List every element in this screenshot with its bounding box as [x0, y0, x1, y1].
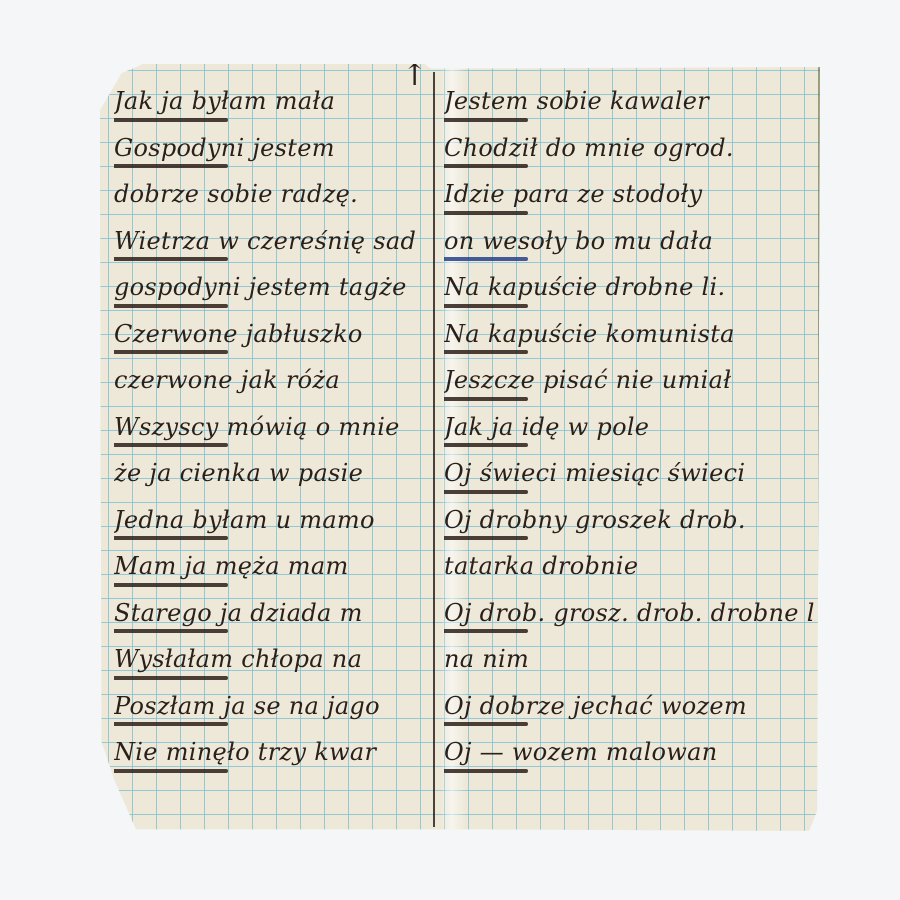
lyric-text: Na kapuście komunista	[444, 320, 735, 348]
underline-stroke	[114, 304, 228, 308]
lyric-line: Oj drob. grosz. drob. drobne liść	[444, 590, 816, 637]
underline-stroke	[444, 350, 528, 354]
lyric-line: Oj — wozem malowan	[444, 729, 816, 776]
lyric-line: czerwone jak róża	[114, 357, 434, 404]
underline-stroke	[114, 118, 228, 122]
lyric-line: Wszyscy mówią o mnie	[114, 404, 434, 451]
lyric-text: Na kapuście drobne li.	[444, 273, 725, 301]
lyric-line: Jedna byłam u mamo	[114, 497, 434, 544]
lyric-text: Starego ja dziada m	[114, 599, 363, 627]
lyric-line: Na kapuście komunista	[444, 311, 816, 358]
underline-stroke	[444, 443, 528, 447]
lyric-text: tatarka drobnie	[444, 552, 638, 580]
lyric-line: Starego ja dziada m	[114, 590, 434, 637]
lyric-text: gospodyni jestem tagże	[114, 273, 407, 301]
lyric-text: na nim	[444, 645, 529, 673]
lyric-text: Jak ja idę w pole	[444, 413, 649, 441]
underline-stroke	[114, 350, 228, 354]
underline-stroke	[114, 443, 228, 447]
lyric-line: Na kapuście drobne li.	[444, 264, 816, 311]
lyric-text: Gospodyni jestem	[114, 134, 335, 162]
underline-stroke	[114, 769, 228, 773]
underline-stroke	[114, 676, 228, 680]
lyric-text: Poszłam ja se na jago	[114, 692, 380, 720]
lyric-line: na nim	[444, 636, 816, 683]
underline-stroke	[444, 164, 528, 168]
underline-stroke	[444, 722, 528, 726]
underline-stroke	[444, 629, 528, 633]
lyric-text: czerwone jak róża	[114, 366, 340, 394]
lyric-text: Jak ja byłam mała	[114, 87, 335, 115]
right-column-lyrics: Jestem sobie kawalerChodził do mnie ogro…	[444, 78, 816, 776]
lyric-text: Chodził do mnie ogrod.	[444, 134, 734, 162]
lyric-line: Jeszcze pisać nie umiał	[444, 357, 816, 404]
underline-stroke	[114, 629, 228, 633]
lyric-line: Oj dobrze jechać wozem	[444, 683, 816, 730]
underline-stroke	[444, 536, 528, 540]
underline-stroke	[444, 257, 528, 261]
lyric-line: tatarka drobnie	[444, 543, 816, 590]
lyric-line: Chodził do mnie ogrod.	[444, 125, 816, 172]
lyric-text: Idzie para ze stodoły	[444, 180, 702, 208]
lyric-text: Mam ja męża mam	[114, 552, 349, 580]
lyric-text: Wietrza w czereśnię sad	[114, 227, 416, 255]
underline-stroke	[444, 397, 528, 401]
lyric-line: Czerwone jabłuszko	[114, 311, 434, 358]
underline-stroke	[444, 304, 528, 308]
underline-stroke	[444, 769, 528, 773]
lyric-text: Jestem sobie kawaler	[444, 87, 709, 115]
lyric-text: Jedna byłam u mamo	[114, 506, 375, 534]
lyric-text: Wszyscy mówią o mnie	[114, 413, 400, 441]
underline-stroke	[114, 164, 228, 168]
lyric-text: Oj — wozem malowan	[444, 738, 718, 766]
lyric-text: Oj dobrze jechać wozem	[444, 692, 747, 720]
paper-right-edge	[818, 64, 820, 811]
lyric-line: Oj świeci miesiąc świeci	[444, 450, 816, 497]
lyric-line: Nie minęło trzy kwar	[114, 729, 434, 776]
lyric-text: Oj drob. grosz. drob. drobne liść	[444, 599, 816, 627]
lyrics-sheet: ↑ Jak ja byłam małaGospodyni jestemdobrz…	[100, 64, 820, 834]
lyric-text: Nie minęło trzy kwar	[114, 738, 376, 766]
underline-stroke	[114, 257, 228, 261]
underline-stroke	[114, 583, 228, 587]
lyric-line: Jestem sobie kawaler	[444, 78, 816, 125]
underline-stroke	[444, 118, 528, 122]
lyric-line: Wietrza w czereśnię sad	[114, 218, 434, 265]
lyric-text: Jeszcze pisać nie umiał	[444, 366, 731, 394]
lyric-line: Gospodyni jestem	[114, 125, 434, 172]
lyric-text: Wysłałam chłopa na	[114, 645, 362, 673]
lyric-text: że ja cienka w pasie	[114, 459, 363, 487]
lyric-line: gospodyni jestem tagże	[114, 264, 434, 311]
lyric-line: Jak ja byłam mała	[114, 78, 434, 125]
lyric-line: Oj drobny groszek drob.	[444, 497, 816, 544]
lyric-line: Mam ja męża mam	[114, 543, 434, 590]
lyric-text: Oj świeci miesiąc świeci	[444, 459, 745, 487]
lyric-line: Jak ja idę w pole	[444, 404, 816, 451]
underline-stroke	[114, 536, 228, 540]
lyric-line: Poszłam ja se na jago	[114, 683, 434, 730]
lyric-line: Wysłałam chłopa na	[114, 636, 434, 683]
lyric-text: on wesoły bo mu dała	[444, 227, 713, 255]
underline-stroke	[444, 490, 528, 494]
lyric-text: Czerwone jabłuszko	[114, 320, 363, 348]
underline-stroke	[114, 722, 228, 726]
lyric-text: Oj drobny groszek drob.	[444, 506, 746, 534]
lyric-text: dobrze sobie radzę.	[114, 180, 358, 208]
lyric-line: on wesoły bo mu dała	[444, 218, 816, 265]
lyric-line: dobrze sobie radzę.	[114, 171, 434, 218]
lyric-line: że ja cienka w pasie	[114, 450, 434, 497]
left-column-lyrics: Jak ja byłam małaGospodyni jestemdobrze …	[114, 78, 434, 776]
lyric-line: Idzie para ze stodoły	[444, 171, 816, 218]
underline-stroke	[444, 211, 528, 215]
